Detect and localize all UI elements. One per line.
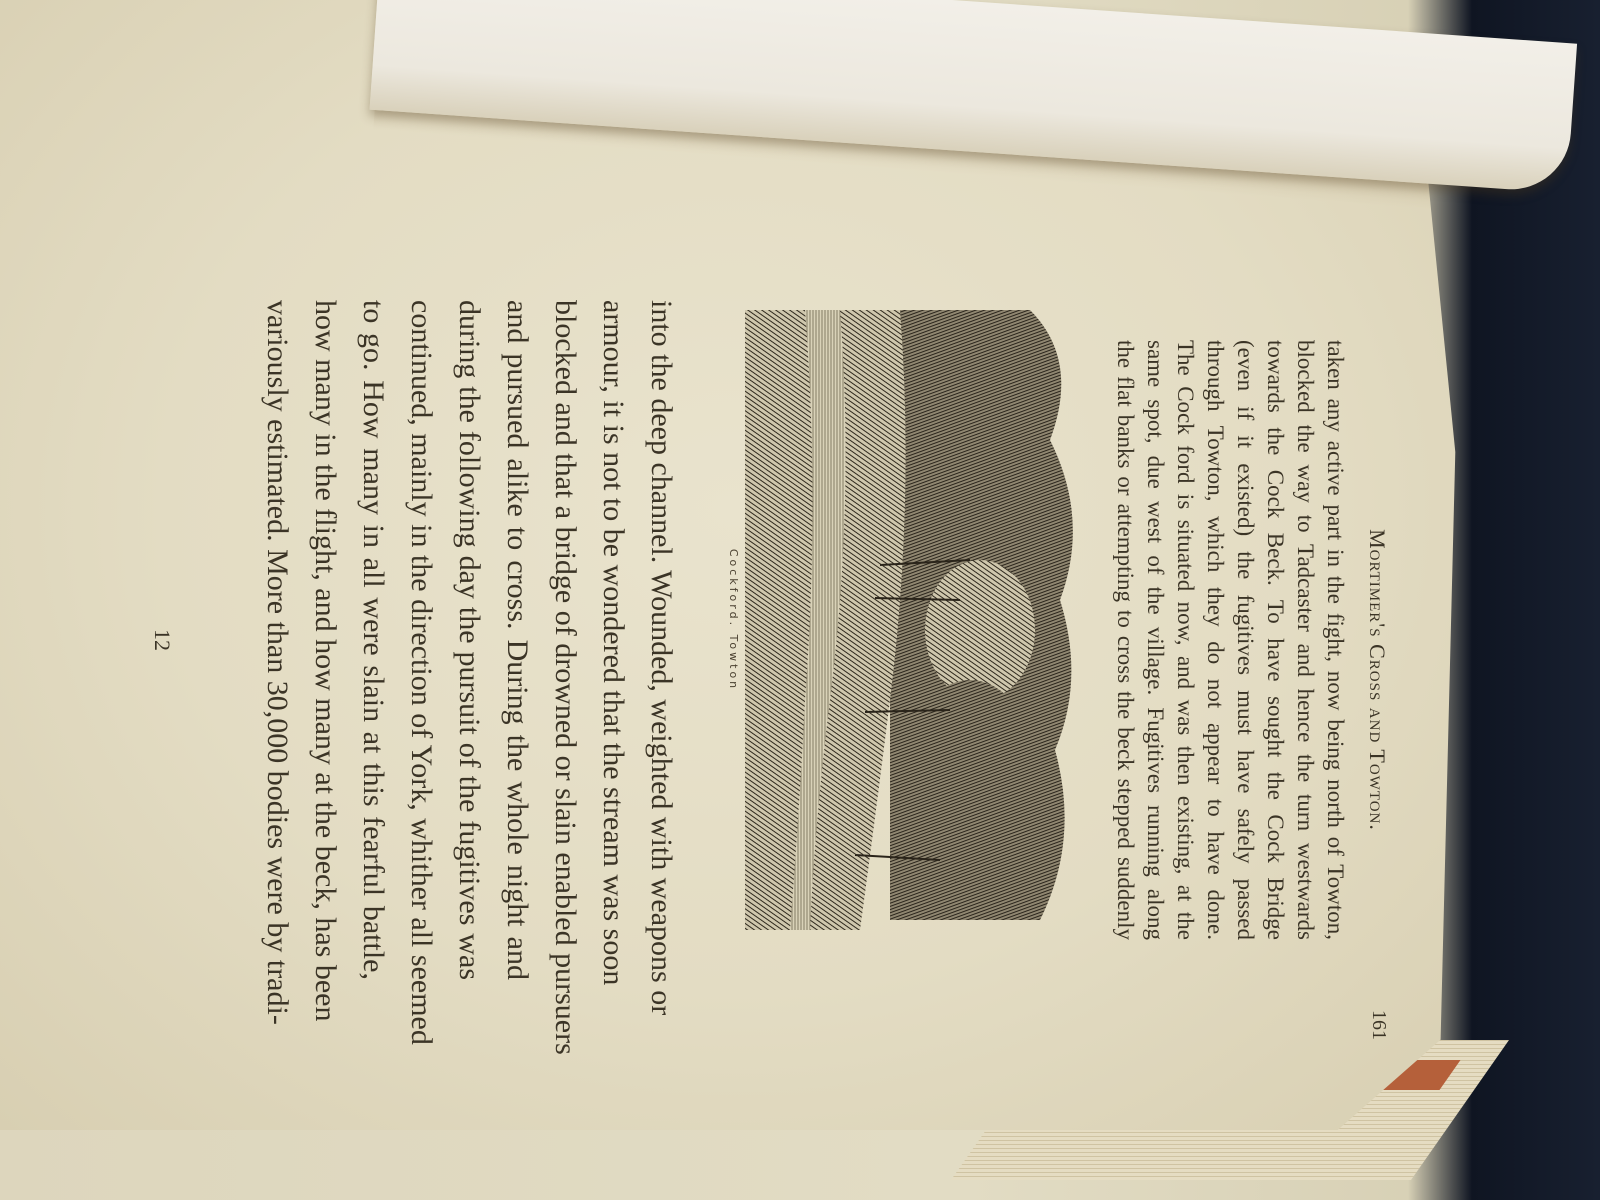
text-line: towards the Cock Beck. To have sought th… bbox=[1260, 340, 1290, 940]
text-line: to go. How many in all were slain at thi… bbox=[349, 300, 397, 980]
text-line: blocked and that a bridge of drowned or … bbox=[541, 300, 589, 980]
text-line: into the deep channel. Wounded, weighted… bbox=[637, 300, 685, 980]
text-line: continued, mainly in the direction of Yo… bbox=[397, 300, 445, 980]
text-line: through Towton, which they do not appear… bbox=[1200, 340, 1230, 940]
text-line: same spot, due west of the village. Fugi… bbox=[1140, 340, 1170, 940]
text-line: (even if it existed) the fugitives must … bbox=[1230, 340, 1260, 940]
running-head: Mortimer's Cross and Towton. bbox=[1364, 300, 1390, 1060]
page-number: 161 bbox=[1367, 1010, 1390, 1040]
text-line: taken any active part in the fight, now … bbox=[1320, 340, 1350, 940]
text-line: the flat banks or attempting to cross th… bbox=[1110, 340, 1140, 940]
text-line: and pursued alike to cross. During the w… bbox=[493, 300, 541, 980]
page-content: Mortimer's Cross and Towton. 161 taken a… bbox=[170, 300, 1390, 1060]
signature-mark: 12 bbox=[149, 300, 175, 980]
figure-caption: Cockford. Towton bbox=[727, 300, 740, 940]
text-line: blocked the way to Tadcaster and hence t… bbox=[1290, 340, 1320, 940]
text-line: how many in the flight, and how many at … bbox=[301, 300, 349, 980]
text-line: during the following day the pursuit of … bbox=[445, 300, 493, 980]
engraving-illustration: Cockford. Towton bbox=[745, 300, 1090, 940]
paragraph-1: taken any active part in the fight, now … bbox=[1110, 340, 1350, 940]
text-line: The Cock ford is situated now, and was t… bbox=[1170, 340, 1200, 940]
text-line: armour, it is not to be wondered that th… bbox=[589, 300, 637, 980]
text-line: variously estimated. More than 30,000 bo… bbox=[253, 300, 301, 980]
wooded-stream-engraving bbox=[745, 300, 1090, 940]
paragraph-2: into the deep channel. Wounded, weighted… bbox=[253, 300, 685, 980]
